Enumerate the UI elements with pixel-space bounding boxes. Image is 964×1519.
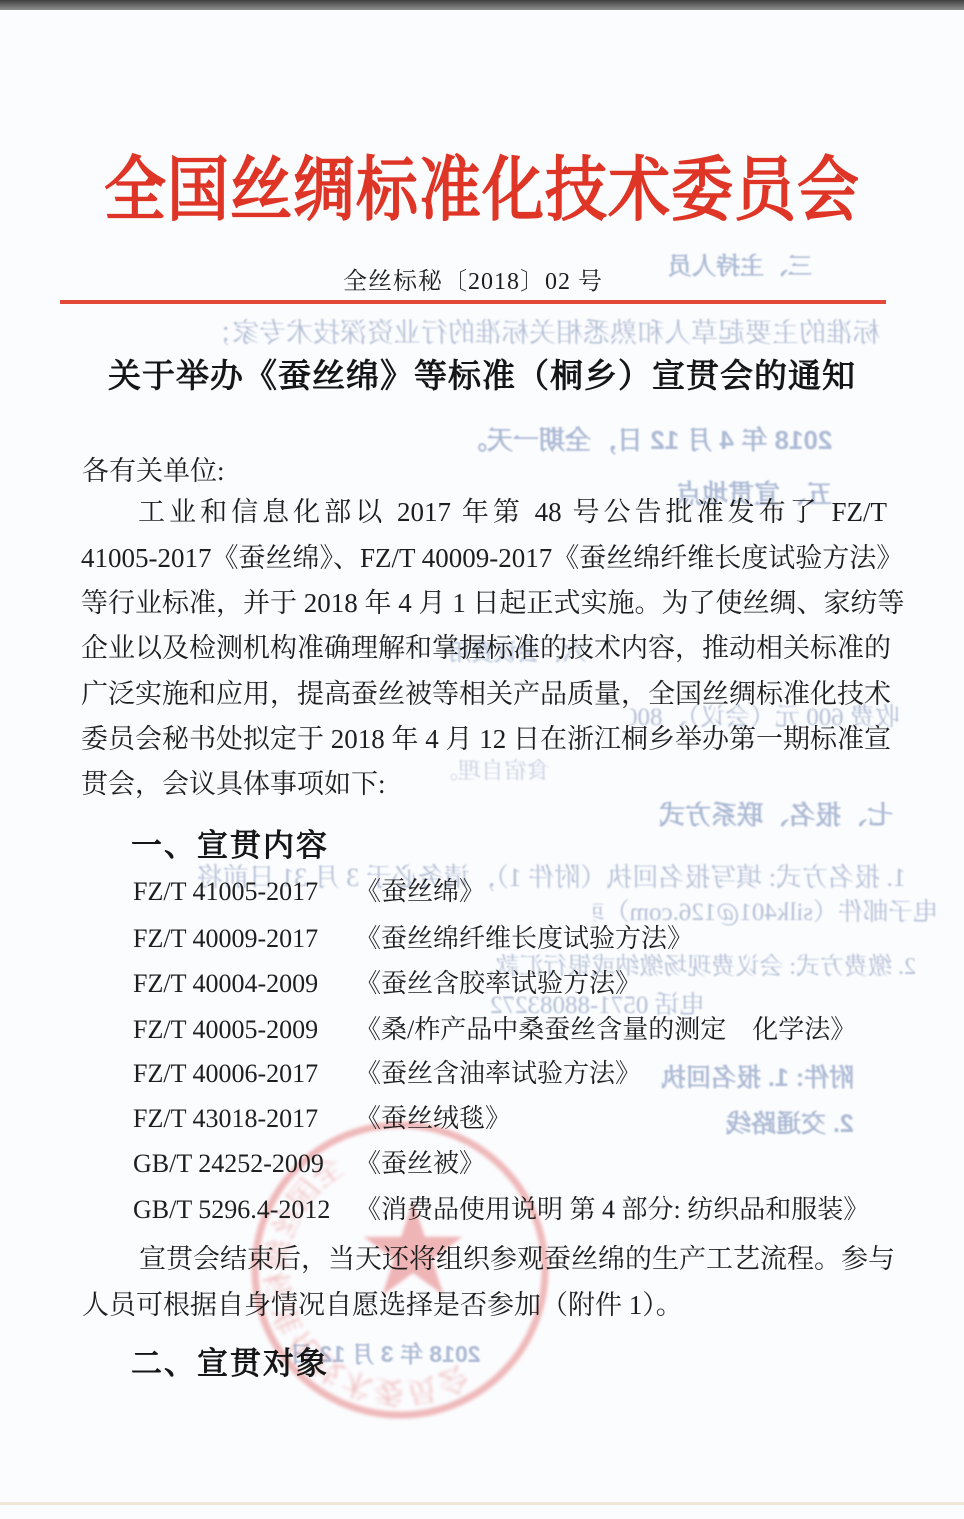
standard-name: 《蚕丝绵纤维长度试验方法》 xyxy=(355,924,693,953)
body-line: 等行业标准，并于 2018 年 4 月 1 日起正式实施。为了使丝绸、家纺等 xyxy=(81,581,887,621)
salutation: 各有关单位: xyxy=(82,449,225,488)
body-line: 广泛实施和应用，提高蚕丝被等相关产品质量，全国丝绸标准化技术 xyxy=(81,672,887,712)
standard-row: FZ/T 40004-2009《蚕丝含胶率试验方法》 xyxy=(133,963,893,1000)
standard-name: 《消费品使用说明 第 4 部分: 纺织品和服装》 xyxy=(355,1195,869,1224)
red-rule xyxy=(60,300,886,304)
closing-line: 宣贯会结束后，当天还将组织参观蚕丝绵的生产工艺流程。参与 xyxy=(139,1237,895,1276)
standard-row: FZ/T 40009-2017《蚕丝绵纤维长度试验方法》 xyxy=(133,918,893,955)
standard-name: 《蚕丝被》 xyxy=(355,1149,485,1178)
section2-heading: 二、宣贯对象 xyxy=(131,1338,329,1383)
body-line: 贯会，会议具体事项如下: xyxy=(81,762,887,802)
paper-bottom-edge xyxy=(0,1502,964,1505)
standard-code: FZ/T 40005-2009 xyxy=(133,1015,355,1045)
masthead-title: 全国丝绸标准化技术委员会 xyxy=(0,133,964,234)
scanned-notice-page: 三、主持人员 标准的主要起草人和熟悉相关标准的行业资深技术专家； 2018 年 … xyxy=(0,0,964,1519)
scanner-edge xyxy=(0,0,964,10)
body-line: 41005-2017《蚕丝绵》、FZ/T 40009-2017《蚕丝绵纤维长度试… xyxy=(81,536,887,576)
standard-row: FZ/T 40005-2009《桑/柞产品中桑蚕丝含量的测定 化学法》 xyxy=(133,1009,893,1046)
standard-row: GB/T 24252-2009《蚕丝被》 xyxy=(133,1143,893,1180)
standard-row: FZ/T 40006-2017《蚕丝含油率试验方法》 xyxy=(133,1053,893,1090)
section1-heading: 一、宣贯内容 xyxy=(131,820,329,865)
standard-code: FZ/T 40004-2009 xyxy=(133,969,355,999)
standard-code: GB/T 5296.4-2012 xyxy=(133,1195,355,1225)
closing-line: 人员可根据自身情况自愿选择是否参加（附件 1）。 xyxy=(82,1283,683,1322)
standard-name: 《蚕丝含油率试验方法》 xyxy=(355,1059,641,1088)
standard-name: 《蚕丝含胶率试验方法》 xyxy=(355,969,641,998)
standard-row: GB/T 5296.4-2012《消费品使用说明 第 4 部分: 纺织品和服装》 xyxy=(133,1189,893,1226)
standard-row: FZ/T 41005-2017《蚕丝绵》 xyxy=(133,871,893,908)
standard-code: FZ/T 40006-2017 xyxy=(133,1059,355,1089)
standard-code: FZ/T 40009-2017 xyxy=(133,924,355,954)
standard-row: FZ/T 43018-2017《蚕丝绒毯》 xyxy=(133,1098,893,1135)
notice-title: 关于举办《蚕丝绵》等标准（桐乡）宣贯会的通知 xyxy=(0,350,964,397)
body-line: 企业以及检测机构准确理解和掌握标准的技术内容，推动相关标准的 xyxy=(81,626,887,666)
standard-code: GB/T 24252-2009 xyxy=(133,1149,355,1179)
doc-number: 全丝标秘〔2018〕02 号 xyxy=(60,261,886,296)
standard-code: FZ/T 41005-2017 xyxy=(133,877,355,907)
printed-content: 全国丝绸标准化技术委员会 全丝标秘〔2018〕02 号 关于举办《蚕丝绵》等标准… xyxy=(0,0,964,1519)
standard-name: 《蚕丝绒毯》 xyxy=(355,1104,511,1133)
body-line: 委员会秘书处拟定于 2018 年 4 月 12 日在浙江桐乡举办第一期标准宣 xyxy=(81,717,887,757)
standard-name: 《蚕丝绵》 xyxy=(355,877,485,906)
standard-name: 《桑/柞产品中桑蚕丝含量的测定 化学法》 xyxy=(355,1015,856,1044)
body-line: 工业和信息化部以 2017 年第 48 号公告批准发布了 FZ/T xyxy=(81,490,887,530)
standard-code: FZ/T 43018-2017 xyxy=(133,1104,355,1134)
